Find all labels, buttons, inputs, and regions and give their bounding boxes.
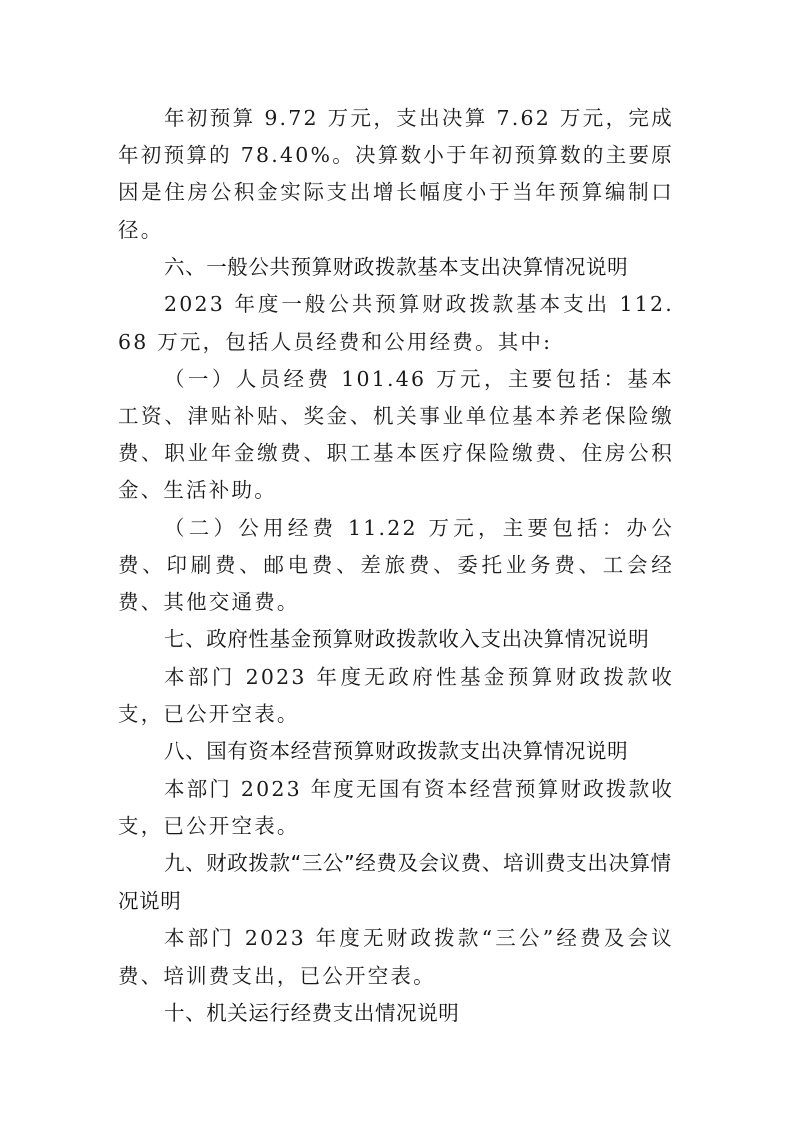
paragraph-basic-expenditure: 2023 年度一般公共预算财政拨款基本支出 112.68 万元，包括人员经费和公… [118,286,674,360]
heading-section-7: 七、政府性基金预算财政拨款收入支出决算情况说明 [118,621,674,659]
heading-section-9: 九、财政拨款“三公”经费及会议费、培训费支出决算情况说明 [118,845,674,920]
paragraph-state-capital: 本部门 2023 年度无国有资本经营预算财政拨款收支，已公开空表。 [118,771,674,845]
heading-section-8: 八、国有资本经营预算财政拨款支出决算情况说明 [118,733,674,771]
heading-section-6: 六、一般公共预算财政拨款基本支出决算情况说明 [118,249,674,287]
paragraph-public-expenses: （二）公用经费 11.22 万元，主要包括：办公费、印刷费、邮电费、差旅费、委托… [118,510,674,622]
document-page: 年初预算 9.72 万元，支出决算 7.62 万元，完成年初预算的 78.40%… [118,100,674,1032]
heading-section-10: 十、机关运行经费支出情况说明 [118,995,674,1033]
paragraph-personnel-expenses: （一）人员经费 101.46 万元，主要包括：基本工资、津贴补贴、奖金、机关事业… [118,361,674,510]
paragraph-housing-fund-budget: 年初预算 9.72 万元，支出决算 7.62 万元，完成年初预算的 78.40%… [118,100,674,249]
paragraph-government-fund: 本部门 2023 年度无政府性基金预算财政拨款收支，已公开空表。 [118,659,674,733]
paragraph-three-public: 本部门 2023 年度无财政拨款“三公”经费及会议费、培训费支出，已公开空表。 [118,920,674,994]
